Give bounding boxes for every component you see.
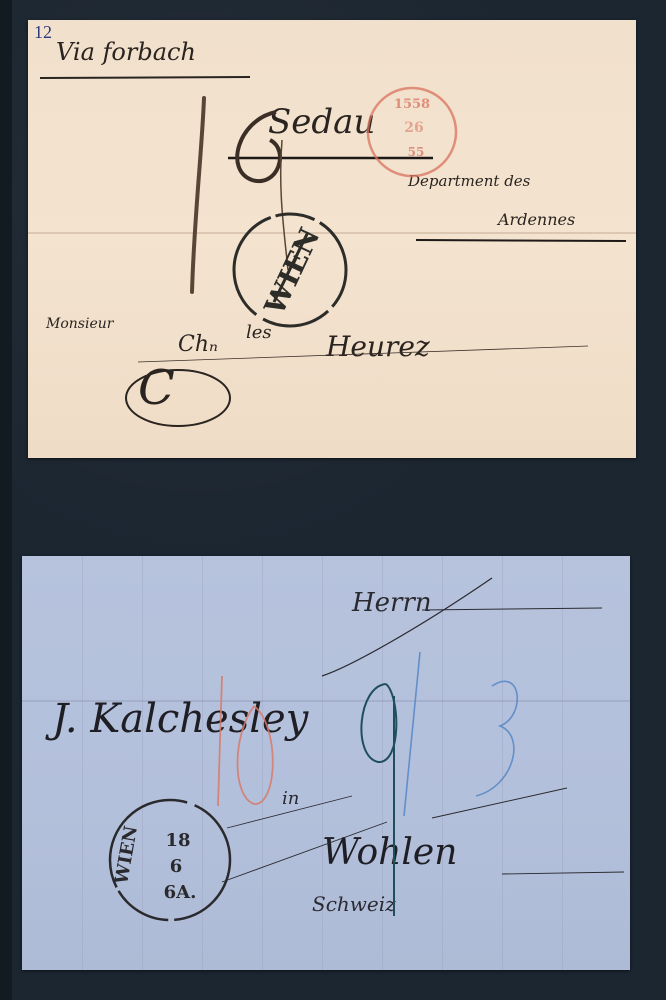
bottom-cover-markings: WIEN 18 6 6A. [22,556,630,970]
svg-text:55: 55 [408,145,425,159]
postmark-wien-black: WIEN [234,214,346,326]
svg-text:6: 6 [170,856,183,877]
top-cover-markings: WIEN 1558 26 55 [28,20,636,458]
postmark-red: 1558 26 55 [368,88,456,176]
cover-bottom: Herrn J. Kalchesley in Wohlen Schweiz [22,556,630,970]
svg-text:18: 18 [165,830,190,851]
cover-top: 12 Via forbach Sedau Department des Arde… [28,20,636,458]
album-page-binding-edge [0,0,12,1000]
svg-text:6A.: 6A. [164,882,197,903]
svg-text:26: 26 [404,120,423,136]
postmark-wien: WIEN 18 6 6A. [110,800,230,920]
svg-text:1558: 1558 [394,97,430,112]
svg-text:WIEN: WIEN [258,223,327,321]
charge-blue [404,652,517,816]
charge-red [218,676,273,806]
charge-green [361,684,396,916]
album-page: 12 Via forbach Sedau Department des Arde… [0,0,666,1000]
